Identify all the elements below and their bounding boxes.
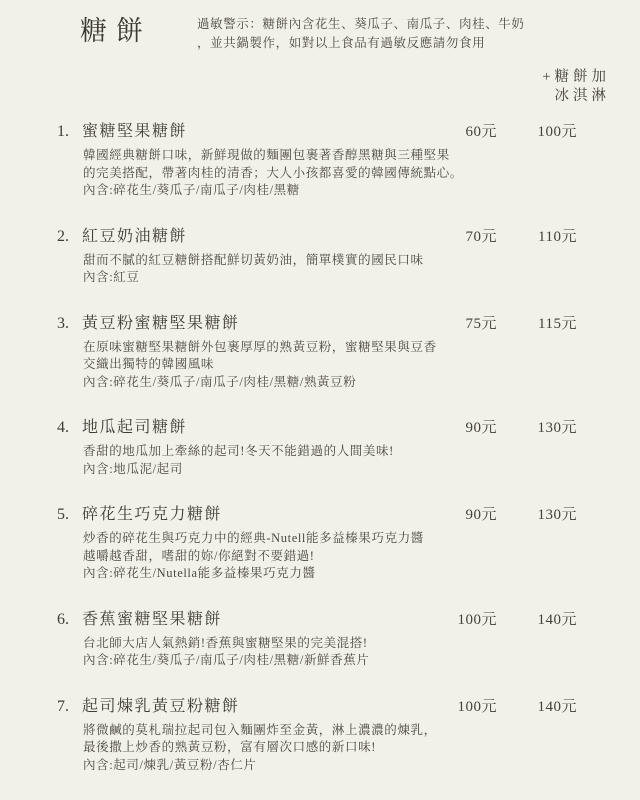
item-name: 3.黃豆粉蜜糖堅果糖餅 bbox=[57, 314, 441, 334]
menu-header: 糖餅 過敏警示：糖餅內含花生、葵瓜子、南瓜子、肉桂、牛奶 ，並共鍋製作，如對以上… bbox=[0, 0, 640, 53]
item-name-text: 紅豆奶油糖餅 bbox=[82, 228, 187, 245]
item-description-line: 韓國經典糖餅口味，新鮮現做的麵團包裹著香醇黑糖與三種堅果 bbox=[83, 147, 577, 165]
item-price-regular: 90元 bbox=[441, 418, 497, 438]
menu-item-6: 6.香蕉蜜糖堅果糖餅 100元 140元 台北師大店人氣熱銷!香蕉與蜜糖堅果的完… bbox=[57, 610, 577, 670]
item-description-line: 炒香的碎花生與巧克力中的經典-Nutell能多益榛果巧克力醬 bbox=[83, 530, 577, 548]
item-description-line: 台北師大店人氣熱銷!香蕉與蜜糖堅果的完美混搭! bbox=[83, 635, 577, 653]
menu-item-2: 2.紅豆奶油糖餅 70元 110元 甜而不膩的紅豆糖餅搭配鮮切黃奶油，簡單樸實的… bbox=[57, 227, 577, 287]
item-body: 將微鹹的莫札瑞拉起司包入麵團炸至金黃，淋上濃濃的煉乳， 最後撒上炒香的熟黃豆粉，… bbox=[57, 722, 577, 775]
item-body: 甜而不膩的紅豆糖餅搭配鮮切黃奶油，簡單樸實的國民口味 內含:紅豆 bbox=[57, 252, 577, 287]
item-head: 4.地瓜起司糖餅 90元 130元 bbox=[57, 418, 577, 438]
item-contents: 內含:起司/煉乳/黃豆粉/杏仁片 bbox=[83, 757, 577, 775]
item-description-line: 將微鹹的莫札瑞拉起司包入麵團炸至金黃，淋上濃濃的煉乳， bbox=[83, 722, 577, 740]
item-price-regular: 100元 bbox=[441, 697, 497, 717]
item-number: 6. bbox=[57, 610, 82, 630]
item-name-text: 香蕉蜜糖堅果糖餅 bbox=[82, 611, 222, 628]
icecream-column-header-line2: 冰淇淋 bbox=[0, 87, 610, 106]
item-description-line: 甜而不膩的紅豆糖餅搭配鮮切黃奶油，簡單樸實的國民口味 bbox=[83, 252, 577, 270]
allergy-warning-line1: 過敏警示：糖餅內含花生、葵瓜子、南瓜子、肉桂、牛奶 bbox=[197, 15, 525, 34]
menu-item-5: 5.碎花生巧克力糖餅 90元 130元 炒香的碎花生與巧克力中的經典-Nutel… bbox=[57, 505, 577, 583]
item-body: 炒香的碎花生與巧克力中的經典-Nutell能多益榛果巧克力醬 越嚼越香甜，嗜甜的… bbox=[57, 530, 577, 583]
item-description-line: 在原味蜜糖堅果糖餅外包裹厚厚的熟黃豆粉，蜜糖堅果與豆香 bbox=[83, 339, 577, 357]
item-name-text: 起司煉乳黃豆粉糖餅 bbox=[82, 698, 240, 715]
item-name: 1.蜜糖堅果糖餅 bbox=[57, 122, 441, 142]
item-contents: 內含:紅豆 bbox=[83, 269, 577, 287]
item-price-icecream: 140元 bbox=[497, 610, 577, 630]
item-name: 6.香蕉蜜糖堅果糖餅 bbox=[57, 610, 441, 630]
item-name-text: 地瓜起司糖餅 bbox=[82, 419, 187, 436]
menu-item-list: 1.蜜糖堅果糖餅 60元 100元 韓國經典糖餅口味，新鮮現做的麵團包裹著香醇黑… bbox=[0, 105, 640, 774]
item-head: 2.紅豆奶油糖餅 70元 110元 bbox=[57, 227, 577, 247]
menu-page: 糖餅 過敏警示：糖餅內含花生、葵瓜子、南瓜子、肉桂、牛奶 ，並共鍋製作，如對以上… bbox=[0, 0, 640, 800]
item-name-text: 黃豆粉蜜糖堅果糖餅 bbox=[82, 315, 240, 332]
item-name-text: 碎花生巧克力糖餅 bbox=[82, 506, 222, 523]
item-description-line: 香甜的地瓜加上牽絲的起司!冬天不能錯過的人間美味! bbox=[83, 443, 577, 461]
item-description-line: 交織出獨特的韓國風味 bbox=[83, 356, 577, 374]
item-contents: 內含:碎花生/葵瓜子/南瓜子/肉桂/黑糖 bbox=[83, 182, 577, 200]
page-title: 糖餅 bbox=[80, 14, 152, 48]
item-head: 1.蜜糖堅果糖餅 60元 100元 bbox=[57, 122, 577, 142]
item-number: 5. bbox=[57, 505, 82, 525]
item-number: 7. bbox=[57, 697, 82, 717]
item-head: 3.黃豆粉蜜糖堅果糖餅 75元 115元 bbox=[57, 314, 577, 334]
item-contents: 內含:碎花生/Nutella能多益榛果巧克力醬 bbox=[83, 565, 577, 583]
item-body: 香甜的地瓜加上牽絲的起司!冬天不能錯過的人間美味! 內含:地瓜泥/起司 bbox=[57, 443, 577, 478]
menu-item-3: 3.黃豆粉蜜糖堅果糖餅 75元 115元 在原味蜜糖堅果糖餅外包裹厚厚的熟黃豆粉… bbox=[57, 314, 577, 392]
icecream-price-column-header: +糖餅加 冰淇淋 bbox=[0, 68, 640, 105]
item-price-regular: 75元 bbox=[441, 314, 497, 334]
item-name: 4.地瓜起司糖餅 bbox=[57, 418, 441, 438]
item-price-regular: 100元 bbox=[441, 610, 497, 630]
item-description-line: 越嚼越香甜，嗜甜的妳/你絕對不要錯過! bbox=[83, 548, 577, 566]
item-name: 5.碎花生巧克力糖餅 bbox=[57, 505, 441, 525]
item-body: 台北師大店人氣熱銷!香蕉與蜜糖堅果的完美混搭! 內含:碎花生/葵瓜子/南瓜子/肉… bbox=[57, 635, 577, 670]
allergy-warning-line2: ，並共鍋製作，如對以上食品有過敏反應請勿食用 bbox=[197, 34, 525, 53]
item-price-regular: 60元 bbox=[441, 122, 497, 142]
item-head: 7.起司煉乳黃豆粉糖餅 100元 140元 bbox=[57, 697, 577, 717]
item-description-line: 的完美搭配，帶著肉桂的清香；大人小孩都喜愛的韓國傳統點心。 bbox=[83, 165, 577, 183]
menu-item-4: 4.地瓜起司糖餅 90元 130元 香甜的地瓜加上牽絲的起司!冬天不能錯過的人間… bbox=[57, 418, 577, 478]
item-body: 在原味蜜糖堅果糖餅外包裹厚厚的熟黃豆粉，蜜糖堅果與豆香 交織出獨特的韓國風味 內… bbox=[57, 339, 577, 392]
item-description-line: 最後撒上炒香的熟黃豆粉，富有層次口感的新口味! bbox=[83, 739, 577, 757]
allergy-warning: 過敏警示：糖餅內含花生、葵瓜子、南瓜子、肉桂、牛奶 ，並共鍋製作，如對以上食品有… bbox=[197, 14, 525, 53]
item-price-icecream: 115元 bbox=[497, 314, 577, 334]
item-head: 5.碎花生巧克力糖餅 90元 130元 bbox=[57, 505, 577, 525]
item-price-icecream: 100元 bbox=[497, 122, 577, 142]
item-price-icecream: 130元 bbox=[497, 418, 577, 438]
item-price-icecream: 140元 bbox=[497, 697, 577, 717]
item-head: 6.香蕉蜜糖堅果糖餅 100元 140元 bbox=[57, 610, 577, 630]
item-contents: 內含:碎花生/葵瓜子/南瓜子/肉桂/黑糖/熟黃豆粉 bbox=[83, 374, 577, 392]
menu-item-7: 7.起司煉乳黃豆粉糖餅 100元 140元 將微鹹的莫札瑞拉起司包入麵團炸至金黃… bbox=[57, 697, 577, 775]
item-name: 7.起司煉乳黃豆粉糖餅 bbox=[57, 697, 441, 717]
item-number: 3. bbox=[57, 314, 82, 334]
item-number: 1. bbox=[57, 122, 82, 142]
item-price-icecream: 130元 bbox=[497, 505, 577, 525]
item-price-regular: 90元 bbox=[441, 505, 497, 525]
icecream-column-header-line1: +糖餅加 bbox=[0, 68, 610, 87]
item-name-text: 蜜糖堅果糖餅 bbox=[82, 123, 187, 140]
item-price-regular: 70元 bbox=[441, 227, 497, 247]
item-contents: 內含:碎花生/葵瓜子/南瓜子/肉桂/黑糖/新鮮香蕉片 bbox=[83, 652, 577, 670]
item-contents: 內含:地瓜泥/起司 bbox=[83, 461, 577, 479]
item-number: 2. bbox=[57, 227, 82, 247]
menu-item-1: 1.蜜糖堅果糖餅 60元 100元 韓國經典糖餅口味，新鮮現做的麵團包裹著香醇黑… bbox=[57, 122, 577, 200]
item-price-icecream: 110元 bbox=[497, 227, 577, 247]
item-number: 4. bbox=[57, 418, 82, 438]
item-body: 韓國經典糖餅口味，新鮮現做的麵團包裹著香醇黑糖與三種堅果 的完美搭配，帶著肉桂的… bbox=[57, 147, 577, 200]
item-name: 2.紅豆奶油糖餅 bbox=[57, 227, 441, 247]
